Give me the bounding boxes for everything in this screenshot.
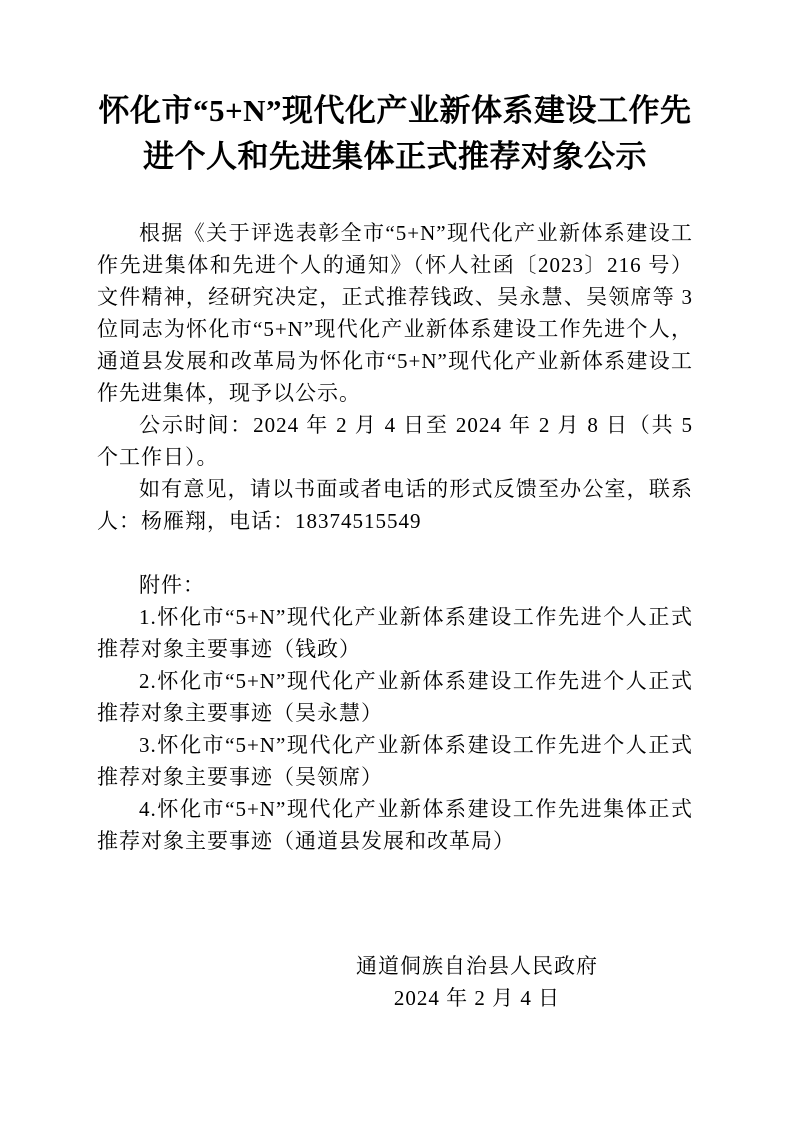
document-page: 怀化市“5+N”现代化产业新体系建设工作先进个人和先进集体正式推荐对象公示 根据…	[0, 0, 793, 1122]
attachment-item: 1.怀化市“5+N”现代化产业新体系建设工作先进个人正式推荐对象主要事迹（钱政）	[97, 601, 693, 665]
blank-line	[97, 537, 693, 569]
attachment-item: 2.怀化市“5+N”现代化产业新体系建设工作先进个人正式推荐对象主要事迹（吴永慧…	[97, 665, 693, 729]
document-title: 怀化市“5+N”现代化产业新体系建设工作先进个人和先进集体正式推荐对象公示	[97, 88, 693, 180]
attachment-item: 3.怀化市“5+N”现代化产业新体系建设工作先进个人正式推荐对象主要事迹（吴领席…	[97, 729, 693, 793]
paragraph-notice-period: 公示时间：2024 年 2 月 4 日至 2024 年 2 月 8 日（共 5 …	[97, 409, 693, 473]
signature-issuer: 通道侗族自治县人民政府	[356, 950, 598, 982]
paragraph-basis: 根据《关于评选表彰全市“5+N”现代化产业新体系建设工作先进集体和先进个人的通知…	[97, 217, 693, 409]
signature-inner: 通道侗族自治县人民政府 2024 年 2 月 4 日	[356, 950, 598, 1014]
attachments-label: 附件：	[97, 569, 693, 601]
paragraph-feedback: 如有意见，请以书面或者电话的形式反馈至办公室，联系人：杨雁翔，电话：183745…	[97, 473, 693, 537]
document-body: 根据《关于评选表彰全市“5+N”现代化产业新体系建设工作先进集体和先进个人的通知…	[97, 217, 693, 857]
signature-date: 2024 年 2 月 4 日	[356, 982, 598, 1014]
signature-block: 通道侗族自治县人民政府 2024 年 2 月 4 日	[97, 950, 693, 1014]
attachment-item: 4.怀化市“5+N”现代化产业新体系建设工作先进集体正式推荐对象主要事迹（通道县…	[97, 793, 693, 857]
